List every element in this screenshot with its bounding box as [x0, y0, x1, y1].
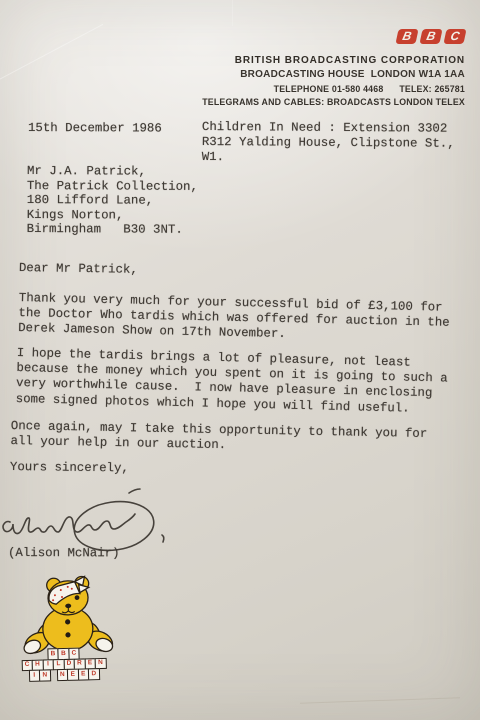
paragraph-1: Thank you very much for your successful …	[18, 291, 450, 346]
letter-page: B B C BRITISH BROADCASTING CORPORATION B…	[0, 0, 480, 720]
letter-date: 15th December 1986	[28, 121, 162, 137]
letterhead-telegrams: TELEGRAMS AND CABLES: BROADCASTS LONDON …	[202, 97, 465, 107]
signature-typed-name: (Alison McNair)	[8, 546, 120, 562]
bbc-logo-letter-icon: C	[443, 29, 466, 44]
paper-crease	[300, 697, 460, 704]
bbc-logo: B B C	[397, 29, 465, 44]
letterhead-corporation: BRITISH BROADCASTING CORPORATION	[235, 55, 465, 66]
paper-crease	[232, 0, 233, 26]
bbc-logo-letter-icon: B	[419, 29, 442, 44]
paper-crease	[0, 24, 103, 81]
charity-block-letter: D	[88, 668, 100, 680]
paragraph-2: I hope the tardis brings a lot of pleasu…	[16, 346, 449, 417]
letter-contact-block: Children In Need : Extension 3302 R312 Y…	[202, 120, 480, 168]
letterhead-telephone: TELEPHONE 01-580 4468 TELEX: 265781	[274, 84, 465, 94]
paragraph-3: Once again, may I take this opportunity …	[10, 419, 427, 457]
charity-blocks: BBCCHILDRENINNEED	[6, 647, 122, 681]
closing: Yours sincerely,	[10, 460, 129, 477]
salutation: Dear Mr Patrick,	[19, 261, 138, 278]
charity-block-letter: N	[39, 669, 51, 681]
children-in-need-logo: BBCCHILDRENINNEED	[4, 575, 122, 696]
bbc-logo-letter-icon: B	[395, 29, 418, 44]
recipient-address: Mr J.A. Patrick, The Patrick Collection,…	[27, 164, 198, 238]
letterhead-address: BROADCASTING HOUSE LONDON W1A 1AA	[240, 69, 465, 80]
